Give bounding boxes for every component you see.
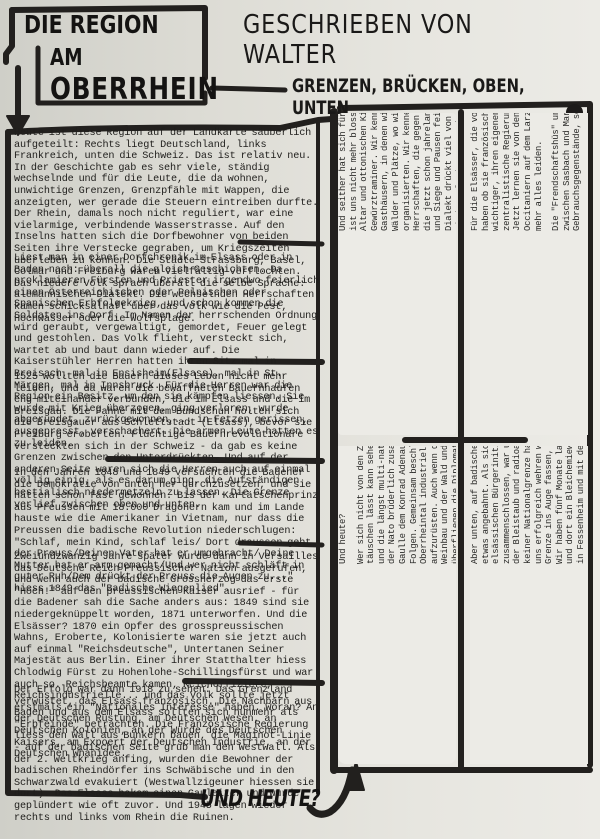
rotated-paragraph: Wer sich nicht von den Zöllnern in Sasba… bbox=[356, 446, 456, 564]
rotated-paragraph: Die "Frendschaftshüs" und die kleine Pon… bbox=[551, 113, 583, 231]
byline: GESCHRIEBEN VON WALTER bbox=[243, 10, 550, 70]
title-line-3: OBERRHEIN bbox=[50, 75, 219, 105]
newsletter-page: DIE REGION AM OBERRHEIN GESCHRIEBEN VON … bbox=[0, 0, 600, 839]
rotated-column-elsaesser: Für die Elsässer, die von jeder national… bbox=[470, 113, 588, 435]
title-line-1: DIE REGION bbox=[24, 12, 159, 37]
rotated-paragraph: Aber unten, auf badischem und elsässisch… bbox=[470, 446, 587, 564]
rotated-heading: Und heute? bbox=[338, 446, 349, 564]
rotated-column-und-heute: Und heute? Wer sich nicht von den Zöllne… bbox=[338, 446, 456, 764]
callout-und-heute: UND HEUTE? bbox=[198, 786, 321, 812]
rotated-paragraph: Für die Elsässer, die von jeder national… bbox=[470, 113, 544, 231]
rotated-column-seither: Und seither hat sich für viele das Land … bbox=[338, 113, 456, 435]
rotated-column-aber-unten: Aber unten, auf badischem und elsässisch… bbox=[470, 446, 588, 764]
title-line-2: AM bbox=[50, 47, 83, 70]
rotated-paragraph: Und seither hat sich für viele das Land … bbox=[338, 113, 456, 231]
